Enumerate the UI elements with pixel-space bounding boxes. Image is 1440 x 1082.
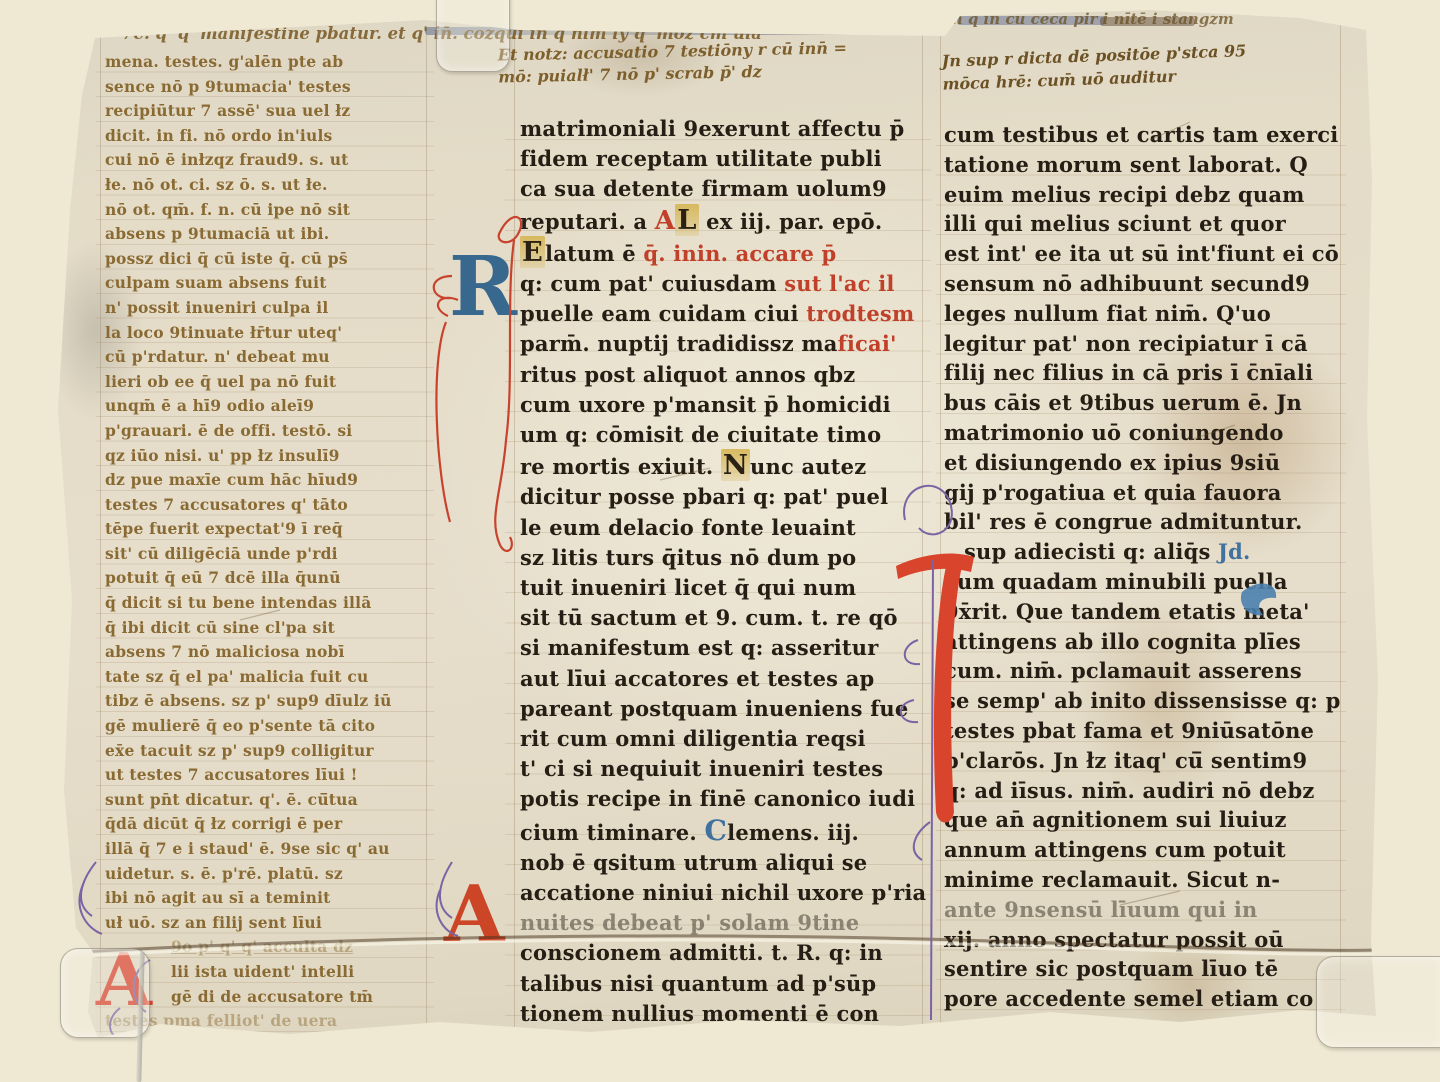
red-penwork-R [434, 217, 521, 551]
penwork-and-crease-overlay [0, 0, 1440, 1082]
manuscript-photo: 7e. q' q' manifestine pbatur. et q' in̄.… [0, 0, 1440, 1082]
acrylic-clip-bottom-left [60, 948, 150, 1038]
initial-letter-I-red [896, 554, 974, 823]
fold-crease [78, 936, 1380, 952]
parchment-fragment: 7e. q' q' manifestine pbatur. et q' in̄.… [0, 0, 1440, 1082]
acrylic-clip-top [436, 0, 510, 72]
hairline-strokes [240, 122, 1235, 905]
acrylic-clip-bottom-right [1316, 956, 1440, 1048]
purple-penwork-middle-A [437, 862, 458, 936]
blue-paraph [1241, 583, 1276, 615]
